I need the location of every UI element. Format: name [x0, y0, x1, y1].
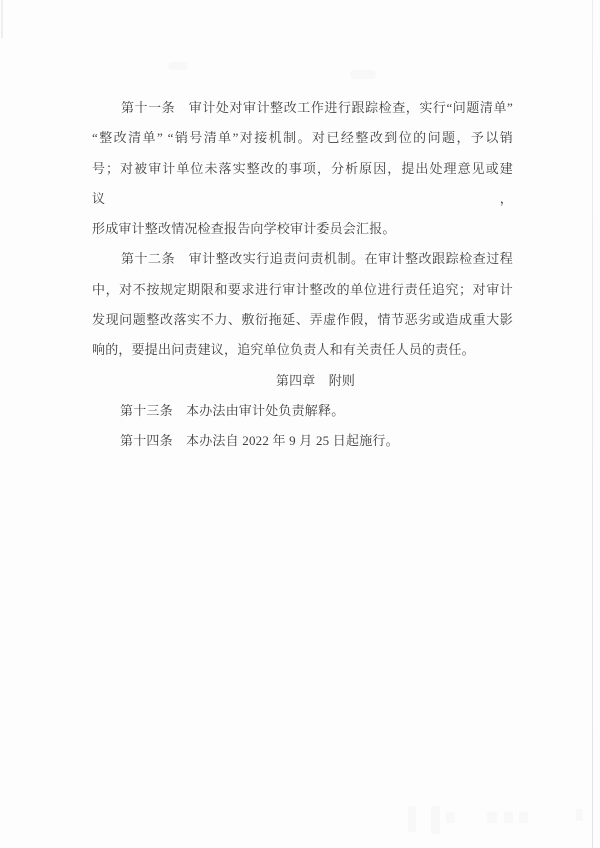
- text-line: “整改清单” “销号清单”对接机制。对已经整改到位的问题，予以销: [92, 123, 513, 153]
- text-line: 响的，要提出问责建议，追究单位负责人和有关责任人员的责任。: [92, 335, 513, 365]
- scanned-document-page: 第十一条 审计处对审计整改工作进行跟踪检查，实行“问题清单” “整改清单” “销…: [0, 0, 600, 848]
- text-line: 中，对不按规定期限和要求进行审计整改的单位进行责任追究；对审计: [92, 275, 513, 305]
- scan-smudge: [350, 70, 376, 79]
- text-line: 第十一条 审计处对审计整改工作进行跟踪检查，实行“问题清单”: [92, 93, 513, 123]
- watermark-mark: [408, 806, 416, 832]
- text-line: 发现问题整改落实不力、敷衍拖延、弄虚作假，情节恶劣或造成重大影: [92, 305, 513, 335]
- watermark-mark: [504, 812, 513, 823]
- article-12-paragraph: 第十二条 审计整改实行追责问责机制。在审计整改跟踪检查过程 中，对不按规定期限和…: [92, 244, 513, 365]
- article-14-line: 第十四条 本办法自 2022 年 9 月 25 日起施行。: [92, 426, 513, 456]
- scan-edge-line: [592, 0, 593, 848]
- text-line: 形成审计整改情况检查报告向学校审计委员会汇报。: [92, 214, 513, 244]
- watermark-mark: [431, 806, 440, 834]
- watermark-mark: [446, 812, 455, 823]
- chapter-heading: 第四章 附则: [105, 366, 526, 396]
- watermark-mark: [519, 812, 528, 823]
- article-13-line: 第十三条 本办法由审计处负责解释。: [92, 396, 513, 426]
- text-line: 第十二条 审计整改实行追责问责机制。在审计整改跟踪检查过程: [92, 244, 513, 274]
- scan-corner-artifact: [1, 0, 3, 38]
- watermark-mark: [487, 812, 497, 823]
- document-text-block: 第十一条 审计处对审计整改工作进行跟踪检查，实行“问题清单” “整改清单” “销…: [92, 93, 513, 457]
- scan-smudge: [168, 62, 188, 70]
- article-11-paragraph: 第十一条 审计处对审计整改工作进行跟踪检查，实行“问题清单” “整改清单” “销…: [92, 93, 513, 244]
- watermark-mark: [576, 809, 583, 821]
- text-line: 号；对被审计单位未落实整改的事项，分析原因，提出处理意见或建议，: [92, 154, 513, 215]
